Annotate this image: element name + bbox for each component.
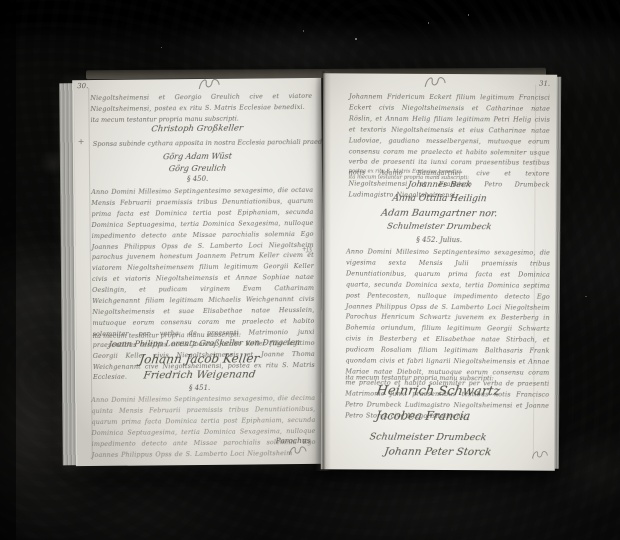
section-number: § 451. <box>75 383 324 393</box>
section-number: § 450. <box>73 174 322 184</box>
witness-signature: Anna Ottilia Heiligin <box>322 193 557 204</box>
header-flourish-icon <box>197 77 221 92</box>
dust-speck <box>468 14 469 16</box>
signature: Schulmeister Drumbeck <box>300 431 556 444</box>
dust-speck <box>585 296 587 297</box>
book-gutter <box>315 71 331 471</box>
register-paragraph: Niegoltsheimensi et Georgio Greulich civ… <box>90 91 312 115</box>
subscripti-line: ita mecum testantur propria manu subscri… <box>90 115 238 124</box>
register-entry-451: Anno Domini Millesimo Septingentesimo se… <box>91 393 316 461</box>
margin-insert-mark: +ʃʒ <box>302 246 312 253</box>
right-page: 31. Johannem Fridericum Eckert filium le… <box>321 73 557 470</box>
page-number: 31. <box>539 80 550 88</box>
witness-signature: Schulmeister Drumbeck <box>322 221 557 232</box>
witness-signature: Adam Baumgartner nor. <box>322 207 558 219</box>
signature: Johann Peter Storck <box>320 445 556 458</box>
groom-name: Görg Adam Wüst <box>72 151 322 162</box>
dust-speck <box>355 38 357 40</box>
margin-cross-mark: + <box>78 137 85 146</box>
subscripti-line: ita mecum testantur propria manu subscri… <box>345 373 493 382</box>
signature: Friedrich Weigenand <box>74 368 325 382</box>
photo-of-register: 30. Niegoltsheimensi et Georgio Greulich… <box>0 0 620 540</box>
dust-speck <box>161 47 162 48</box>
signature-line: Joann Philipp Lorentz Großkeller von Dru… <box>108 338 301 349</box>
signature: Johann Jacob Keller <box>74 351 325 367</box>
signature: Heinrich Schwartz <box>320 383 556 399</box>
left-page: 30. Niegoltsheimensi et Georgio Greulich… <box>72 78 325 466</box>
section-number: § 452. Julius. <box>322 235 556 244</box>
header-flourish-icon <box>423 75 447 90</box>
stacked-leaf-edges <box>59 83 78 465</box>
paraph-flourish-icon <box>288 444 308 458</box>
dust-speck <box>428 22 429 24</box>
center-signature: Christoph Großkeller <box>72 123 322 135</box>
witness-signature: Johannes Beck <box>322 179 557 190</box>
groom-name: Görg Greulich <box>72 163 322 174</box>
dust-speck <box>303 30 304 32</box>
paraph-flourish-icon <box>531 449 549 462</box>
page-number: 30. <box>77 82 88 90</box>
shadow-strip <box>0 0 16 540</box>
